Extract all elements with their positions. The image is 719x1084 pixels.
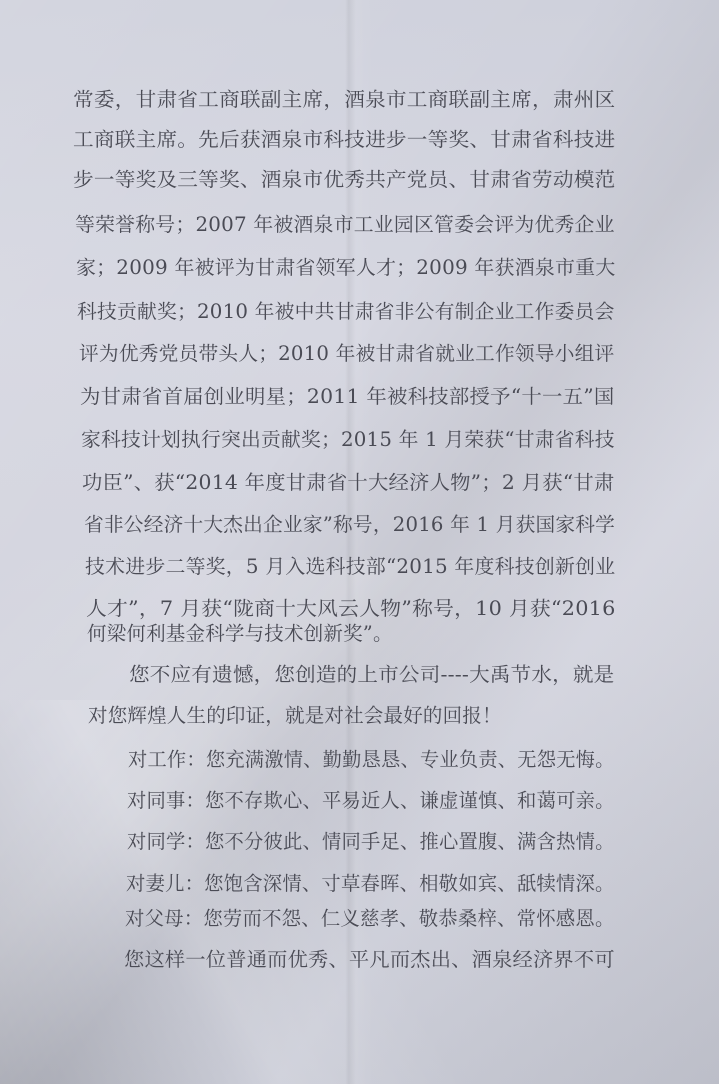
- text-line: 家；2009 年被评为甘肃省领军人才；2009 年获酒泉市重大: [76, 256, 615, 280]
- text-line: 家科技计划执行突出贡献奖；2015 年 1 月荣获“甘肃省科技: [81, 428, 615, 452]
- text-line: 步一等奖及三等奖、酒泉市优秀共产党员、甘肃省劳动模范: [73, 168, 615, 192]
- text-line: 为甘肃省首届创业明星；2011 年被科技部授予“十一五”国: [80, 385, 615, 409]
- text-line-family: 对妻儿：您饱含深情、寸草春晖、相敬如宾、舐犊情深。: [126, 872, 615, 896]
- text-line: 常委，甘肃省工商联副主席，酒泉市工商联副主席，肃州区: [73, 88, 615, 112]
- text-line: 工商联主席。先后获酒泉市科技进步一等奖、甘肃省科技进: [73, 128, 615, 152]
- text-line: 省非公经济十大杰出企业家”称号，2016 年 1 月获国家科学: [84, 513, 615, 537]
- text-line-parents: 对父母：您劳而不怨、仁义慈孝、敬恭桑梓、常怀感恩。: [125, 907, 615, 931]
- text-line: 您这样一位普通而优秀、平凡而杰出、酒泉经济界不可: [124, 948, 615, 972]
- text-line: 评为优秀党员带头人；2010 年被甘肃省就业工作领导小组评: [79, 342, 614, 366]
- text-line-classmates: 对同学：您不分彼此、情同手足、推心置腹、满含热情。: [127, 830, 615, 854]
- text-line-work: 对工作：您充满激情、勤勤恳恳、专业负责、无怨无悔。: [128, 748, 615, 772]
- text-line: 何梁何利基金科学与技术创新奖”。: [87, 622, 393, 646]
- text-line: 技术进步二等奖，5 月入选科技部“2015 年度科技创新创业: [85, 555, 615, 579]
- text-line-colleagues: 对同事：您不存欺心、平易近人、谦虚谨慎、和蔼可亲。: [127, 789, 615, 813]
- text-line: 对您辉煌人生的印证，就是对社会最好的回报！: [88, 704, 502, 728]
- text-line: 科技贡献奖；2010 年被中共甘肃省非公有制企业工作委员会: [77, 300, 615, 324]
- text-line: 您不应有遗憾，您创造的上市公司----大禹节水，就是: [129, 663, 614, 687]
- text-line: 等荣誉称号；2007 年被酒泉市工业园区管委会评为优秀企业: [75, 213, 615, 237]
- text-line: 功臣”、获“2014 年度甘肃省十大经济人物”；2 月获“甘肃: [82, 471, 614, 495]
- text-line: 人才”，7 月获“陇商十大风云人物”称号，10 月获“2016: [86, 597, 616, 621]
